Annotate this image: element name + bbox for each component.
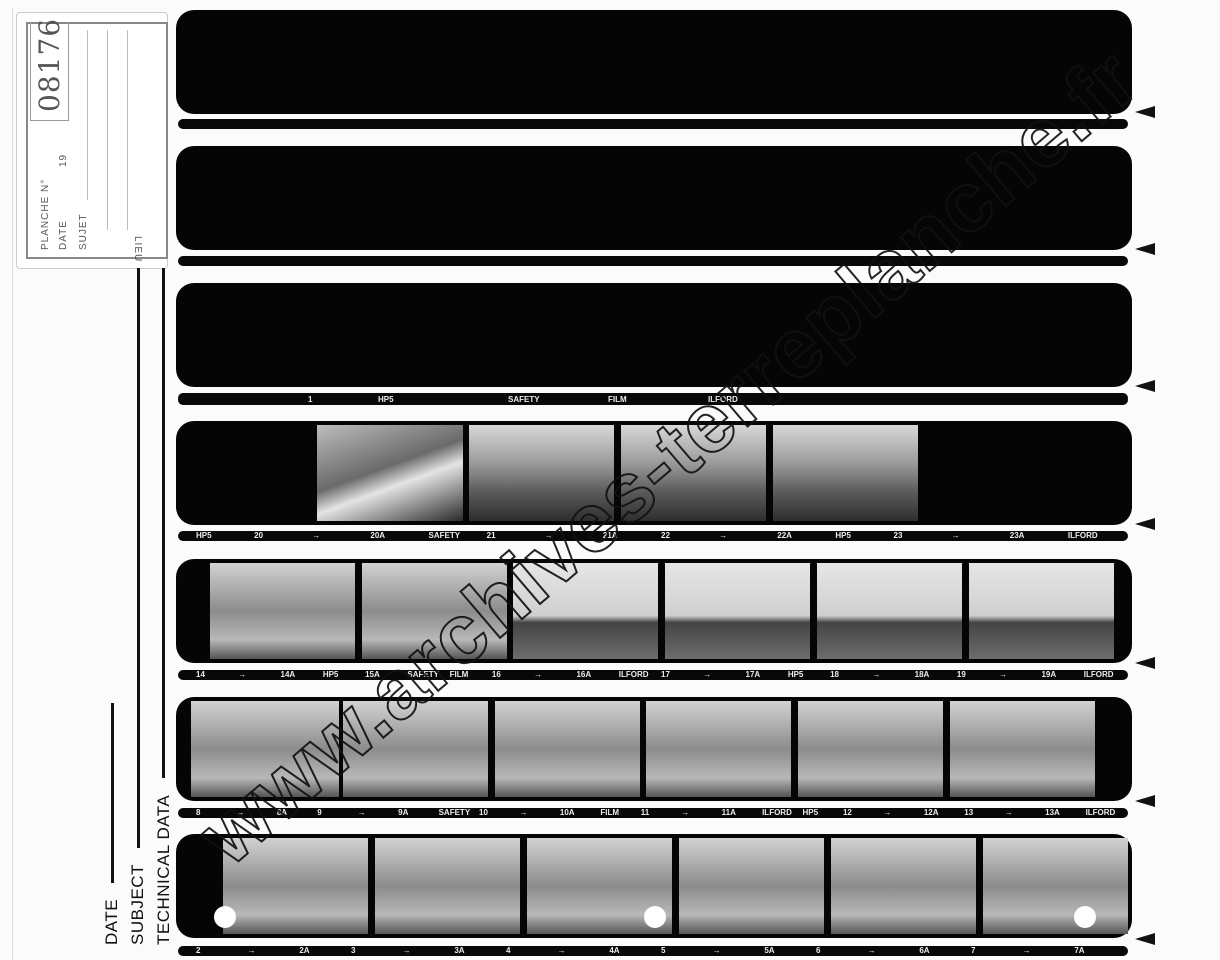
- rebate-marking: 1: [308, 395, 312, 405]
- strip-6: [176, 697, 1132, 801]
- rebate-marking: 21: [487, 531, 496, 541]
- rebate-marking: →: [703, 670, 711, 680]
- rebate-marking: 13A: [1045, 808, 1060, 818]
- photo-frame[interactable]: [343, 701, 488, 797]
- rebate-marking: SAFETY: [407, 670, 439, 680]
- rebate-marking: 12A: [924, 808, 939, 818]
- rebate-marking: →: [883, 808, 891, 818]
- rebate-marking: 18A: [915, 670, 930, 680]
- rebate-marking: 17: [661, 670, 670, 680]
- punch-hole: [214, 906, 236, 928]
- rebate-marking: →: [868, 946, 876, 956]
- edge-arrow-icon: [1135, 933, 1155, 945]
- rebate-marking: →: [358, 808, 366, 818]
- rebate-marking: HP5: [196, 531, 212, 541]
- rebate-marking: →: [872, 670, 880, 680]
- card-line: [87, 30, 88, 200]
- photo-frame[interactable]: [191, 701, 339, 797]
- film-rebate: HP520→20ASAFETY21→21A22→22AHP523→23AILFO…: [178, 531, 1128, 541]
- date-label: DATE: [102, 899, 122, 945]
- photo-frame[interactable]: [950, 701, 1095, 797]
- rebate-marking: 9A: [398, 808, 408, 818]
- rebate-marking: 12: [843, 808, 852, 818]
- photo-frame[interactable]: [665, 563, 810, 659]
- film-rebate: [178, 256, 1128, 266]
- photo-frame[interactable]: [469, 425, 614, 521]
- rebate-marking: →: [1005, 808, 1013, 818]
- film-rebate: 8→8A9→9ASAFETY10→10AFILM11→11AILFORDHP51…: [178, 808, 1128, 818]
- rebate-marking: →: [719, 531, 727, 541]
- rebate-marking: HP5: [323, 670, 339, 680]
- field-lieu: LIEU: [132, 236, 143, 262]
- rebate-marking: FILM: [600, 808, 619, 818]
- strip-4: [176, 421, 1132, 525]
- rebate-marking: →: [238, 670, 246, 680]
- rebate-marking: 23A: [1010, 531, 1025, 541]
- technical-data-line: [162, 268, 165, 778]
- rebate-marking: 8: [196, 808, 200, 818]
- rebate-marking: 3A: [454, 946, 464, 956]
- photo-frame[interactable]: [646, 701, 791, 797]
- rebate-marking: →: [534, 670, 542, 680]
- strip-3: [176, 283, 1132, 387]
- rebate-marking: SAFETY: [508, 395, 540, 405]
- rebate-marking: 16A: [576, 670, 591, 680]
- edge-arrow-icon: [1135, 795, 1155, 807]
- photo-frame[interactable]: [513, 563, 658, 659]
- rebate-marking: ILFORD: [1084, 670, 1114, 680]
- rebate-marking: 15A: [365, 670, 380, 680]
- edge-arrow-icon: [1135, 518, 1155, 530]
- rebate-marking: HP5: [378, 395, 394, 405]
- rebate-marking: 11A: [722, 808, 736, 818]
- strip-2: [176, 146, 1132, 250]
- rebate-marking: →: [403, 946, 411, 956]
- photo-frame[interactable]: [817, 563, 962, 659]
- rebate-marking: →: [558, 946, 566, 956]
- rebate-marking: 3: [351, 946, 355, 956]
- rebate-marking: 22: [661, 531, 670, 541]
- rebate-marking: HP5: [835, 531, 851, 541]
- card-line: [127, 30, 128, 230]
- photo-frame[interactable]: [969, 563, 1114, 659]
- rebate-marking: →: [999, 670, 1007, 680]
- rebate-marking: 22A: [777, 531, 792, 541]
- rebate-marking: →: [545, 531, 553, 541]
- rebate-marking: 6A: [919, 946, 929, 956]
- rebate-marking: 4A: [609, 946, 619, 956]
- rebate-marking: →: [713, 946, 721, 956]
- rebate-marking: 7A: [1074, 946, 1084, 956]
- rebate-marking: 16: [492, 670, 501, 680]
- rebate-marking: 2A: [299, 946, 309, 956]
- photo-frame[interactable]: [983, 838, 1128, 934]
- field-sujet: SUJET: [78, 213, 89, 250]
- rebate-marking: 5: [661, 946, 665, 956]
- field-planche: PLANCHE N°: [40, 179, 51, 250]
- sheet-number: 08176: [33, 20, 66, 112]
- rebate-marking: →: [1023, 946, 1031, 956]
- rebate-marking: 19A: [1041, 670, 1056, 680]
- rebate-marking: 9: [317, 808, 321, 818]
- film-rebate: 14→14AHP515ASAFETYFILM16→16AILFORD17→17A…: [178, 670, 1128, 680]
- field-date: DATE: [58, 220, 69, 250]
- film-rebate: 2→2A3→3A4→4A5→5A6→6A7→7A: [178, 946, 1128, 956]
- film-rebate-top: 1HP5SAFETYFILMILFORD: [178, 395, 1128, 405]
- edge-arrow-icon: [1135, 380, 1155, 392]
- rebate-marking: →: [519, 808, 527, 818]
- rebate-marking: ILFORD: [708, 395, 738, 405]
- film-rebate: [178, 119, 1128, 129]
- rebate-marking: 8A: [277, 808, 287, 818]
- rebate-marking: →: [681, 808, 689, 818]
- edge-arrow-icon: [1135, 106, 1155, 118]
- photo-frame[interactable]: [798, 701, 943, 797]
- rebate-marking: 4: [506, 946, 510, 956]
- subject-line: [137, 268, 140, 848]
- rebate-marking: →: [952, 531, 960, 541]
- rebate-marking: SAFETY: [439, 808, 471, 818]
- rebate-marking: 19: [957, 670, 966, 680]
- rebate-marking: 20A: [370, 531, 385, 541]
- technical-data-label: TECHNICAL DATA: [154, 795, 174, 945]
- rebate-marking: HP5: [788, 670, 804, 680]
- rebate-marking: 18: [830, 670, 839, 680]
- rebate-marking: 14A: [281, 670, 296, 680]
- rebate-marking: 10A: [560, 808, 575, 818]
- edge-arrow-icon: [1135, 243, 1155, 255]
- rebate-marking: →: [312, 531, 320, 541]
- rebate-marking: FILM: [450, 670, 469, 680]
- photo-frame[interactable]: [223, 838, 368, 934]
- strip-5: [176, 559, 1132, 663]
- strip-7: [176, 834, 1132, 938]
- rebate-marking: 7: [971, 946, 975, 956]
- photo-frame[interactable]: [679, 838, 824, 934]
- photo-frame[interactable]: [210, 563, 355, 659]
- rebate-marking: 23: [894, 531, 903, 541]
- sheet-edge: [12, 8, 13, 960]
- rebate-marking: 17A: [746, 670, 761, 680]
- rebate-marking: →: [248, 946, 256, 956]
- rebate-marking: 10: [479, 808, 488, 818]
- rebate-marking: 20: [254, 531, 263, 541]
- rebate-marking: ILFORD: [619, 670, 649, 680]
- rebate-marking: 5A: [764, 946, 774, 956]
- photo-frame[interactable]: [831, 838, 976, 934]
- strip-1: [176, 10, 1132, 114]
- rebate-marking: ILFORD: [762, 808, 792, 818]
- photo-frame[interactable]: [375, 838, 520, 934]
- rebate-marking: ILFORD: [1068, 531, 1098, 541]
- rebate-marking: 21A: [603, 531, 618, 541]
- rebate-marking: HP5: [803, 808, 819, 818]
- punch-hole: [1074, 906, 1096, 928]
- photo-frame[interactable]: [621, 425, 766, 521]
- date-line: [111, 703, 114, 883]
- photo-frame[interactable]: [495, 701, 640, 797]
- field-year: 19: [58, 154, 69, 167]
- rebate-marking: 2: [196, 946, 200, 956]
- rebate-marking: ILFORD: [1086, 808, 1116, 818]
- subject-label: SUBJECT: [128, 864, 148, 945]
- photo-frame[interactable]: [362, 563, 507, 659]
- rebate-marking: →: [236, 808, 244, 818]
- punch-hole: [644, 906, 666, 928]
- photo-frame[interactable]: [773, 425, 918, 521]
- rebate-marking: 14: [196, 670, 205, 680]
- rebate-marking: 13: [964, 808, 973, 818]
- photo-frame[interactable]: [317, 425, 463, 521]
- card-line: [107, 30, 108, 230]
- rebate-marking: 11: [641, 808, 649, 818]
- rebate-marking: 6: [816, 946, 820, 956]
- edge-arrow-icon: [1135, 657, 1155, 669]
- rebate-marking: SAFETY: [429, 531, 461, 541]
- rebate-marking: FILM: [608, 395, 627, 405]
